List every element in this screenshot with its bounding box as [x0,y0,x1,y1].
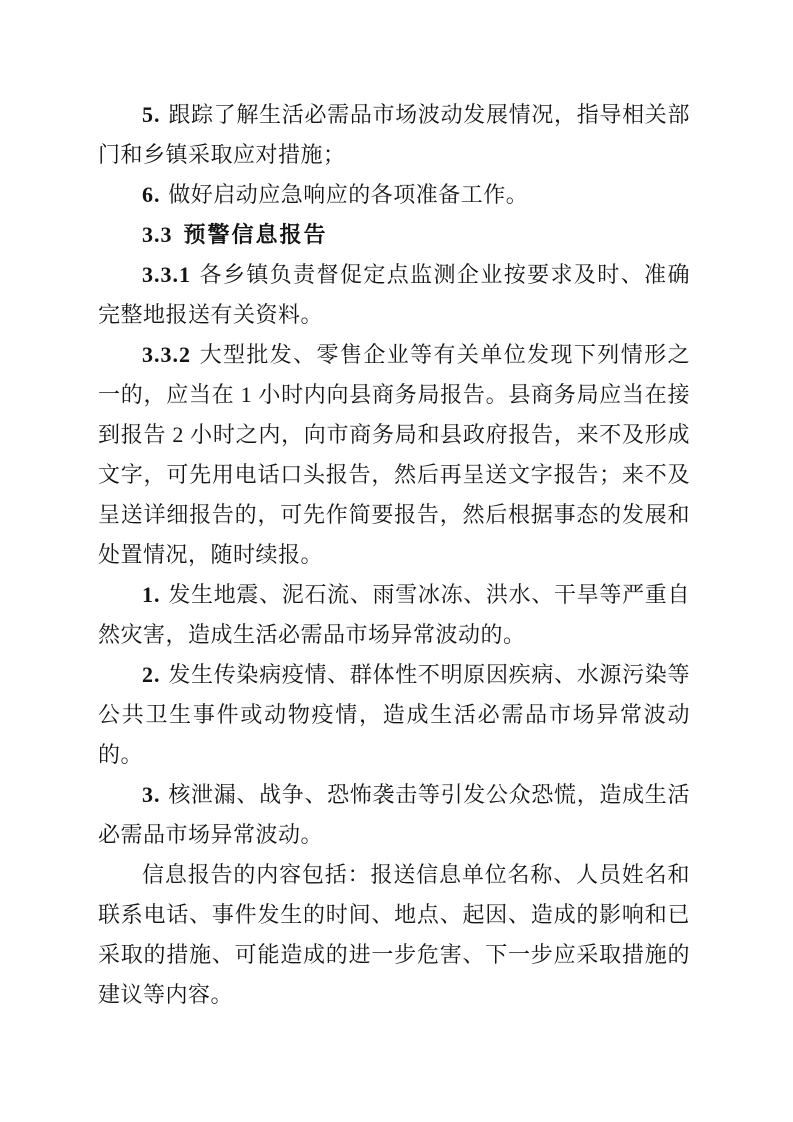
paragraph-text: 核泄漏、战争、恐怖袭击等引发公众恐慌，造成生活必需品市场异常波动。 [98,782,690,847]
clause-number: 3.3.2 [142,342,191,367]
list-number: 6. [142,182,161,207]
document-page: 5.跟踪了解生活必需品市场波动发展情况，指导相关部门和乡镇采取应对措施； 6.做… [0,0,793,1122]
list-item-6: 6.做好启动应急响应的各项准备工作。 [98,175,690,215]
list-item-5: 5.跟踪了解生活必需品市场波动发展情况，指导相关部门和乡镇采取应对措施； [98,95,690,175]
paragraph-text: 信息报告的内容包括：报送信息单位名称、人员姓名和联系电话、事件发生的时间、地点、… [98,862,690,1007]
list-number: 3. [142,782,161,807]
list-item-2: 2.发生传染病疫情、群体性不明原因疾病、水源污染等公共卫生事件或动物疫情，造成生… [98,655,690,775]
paragraph-text: 发生传染病疫情、群体性不明原因疾病、水源污染等公共卫生事件或动物疫情，造成生活必… [98,662,690,767]
list-item-3: 3.核泄漏、战争、恐怖袭击等引发公众恐慌，造成生活必需品市场异常波动。 [98,775,690,855]
list-number: 5. [142,102,161,127]
section-heading-3-3: 3.3预警信息报告 [98,215,690,255]
list-item-1: 1.发生地震、泥石流、雨雪冰冻、洪水、干旱等严重自然灾害，造成生活必需品市场异常… [98,575,690,655]
paragraph-text: 做好启动应急响应的各项准备工作。 [168,182,528,207]
section-title: 预警信息报告 [184,222,328,247]
clause-number: 3.3.1 [142,262,191,287]
list-number: 2. [142,662,161,687]
clause-3-3-1: 3.3.1各乡镇负责督促定点监测企业按要求及时、准确完整地报送有关资料。 [98,255,690,335]
paragraph-text: 大型批发、零售企业等有关单位发现下列情形之一的，应当在 1 小时内向县商务局报告… [98,342,690,567]
closing-paragraph: 信息报告的内容包括：报送信息单位名称、人员姓名和联系电话、事件发生的时间、地点、… [98,855,690,1015]
clause-3-3-2: 3.3.2大型批发、零售企业等有关单位发现下列情形之一的，应当在 1 小时内向县… [98,335,690,575]
paragraph-text: 跟踪了解生活必需品市场波动发展情况，指导相关部门和乡镇采取应对措施； [98,102,690,167]
list-number: 1. [142,582,161,607]
paragraph-text: 发生地震、泥石流、雨雪冰冻、洪水、干旱等严重自然灾害，造成生活必需品市场异常波动… [98,582,690,647]
section-number: 3.3 [142,222,173,247]
